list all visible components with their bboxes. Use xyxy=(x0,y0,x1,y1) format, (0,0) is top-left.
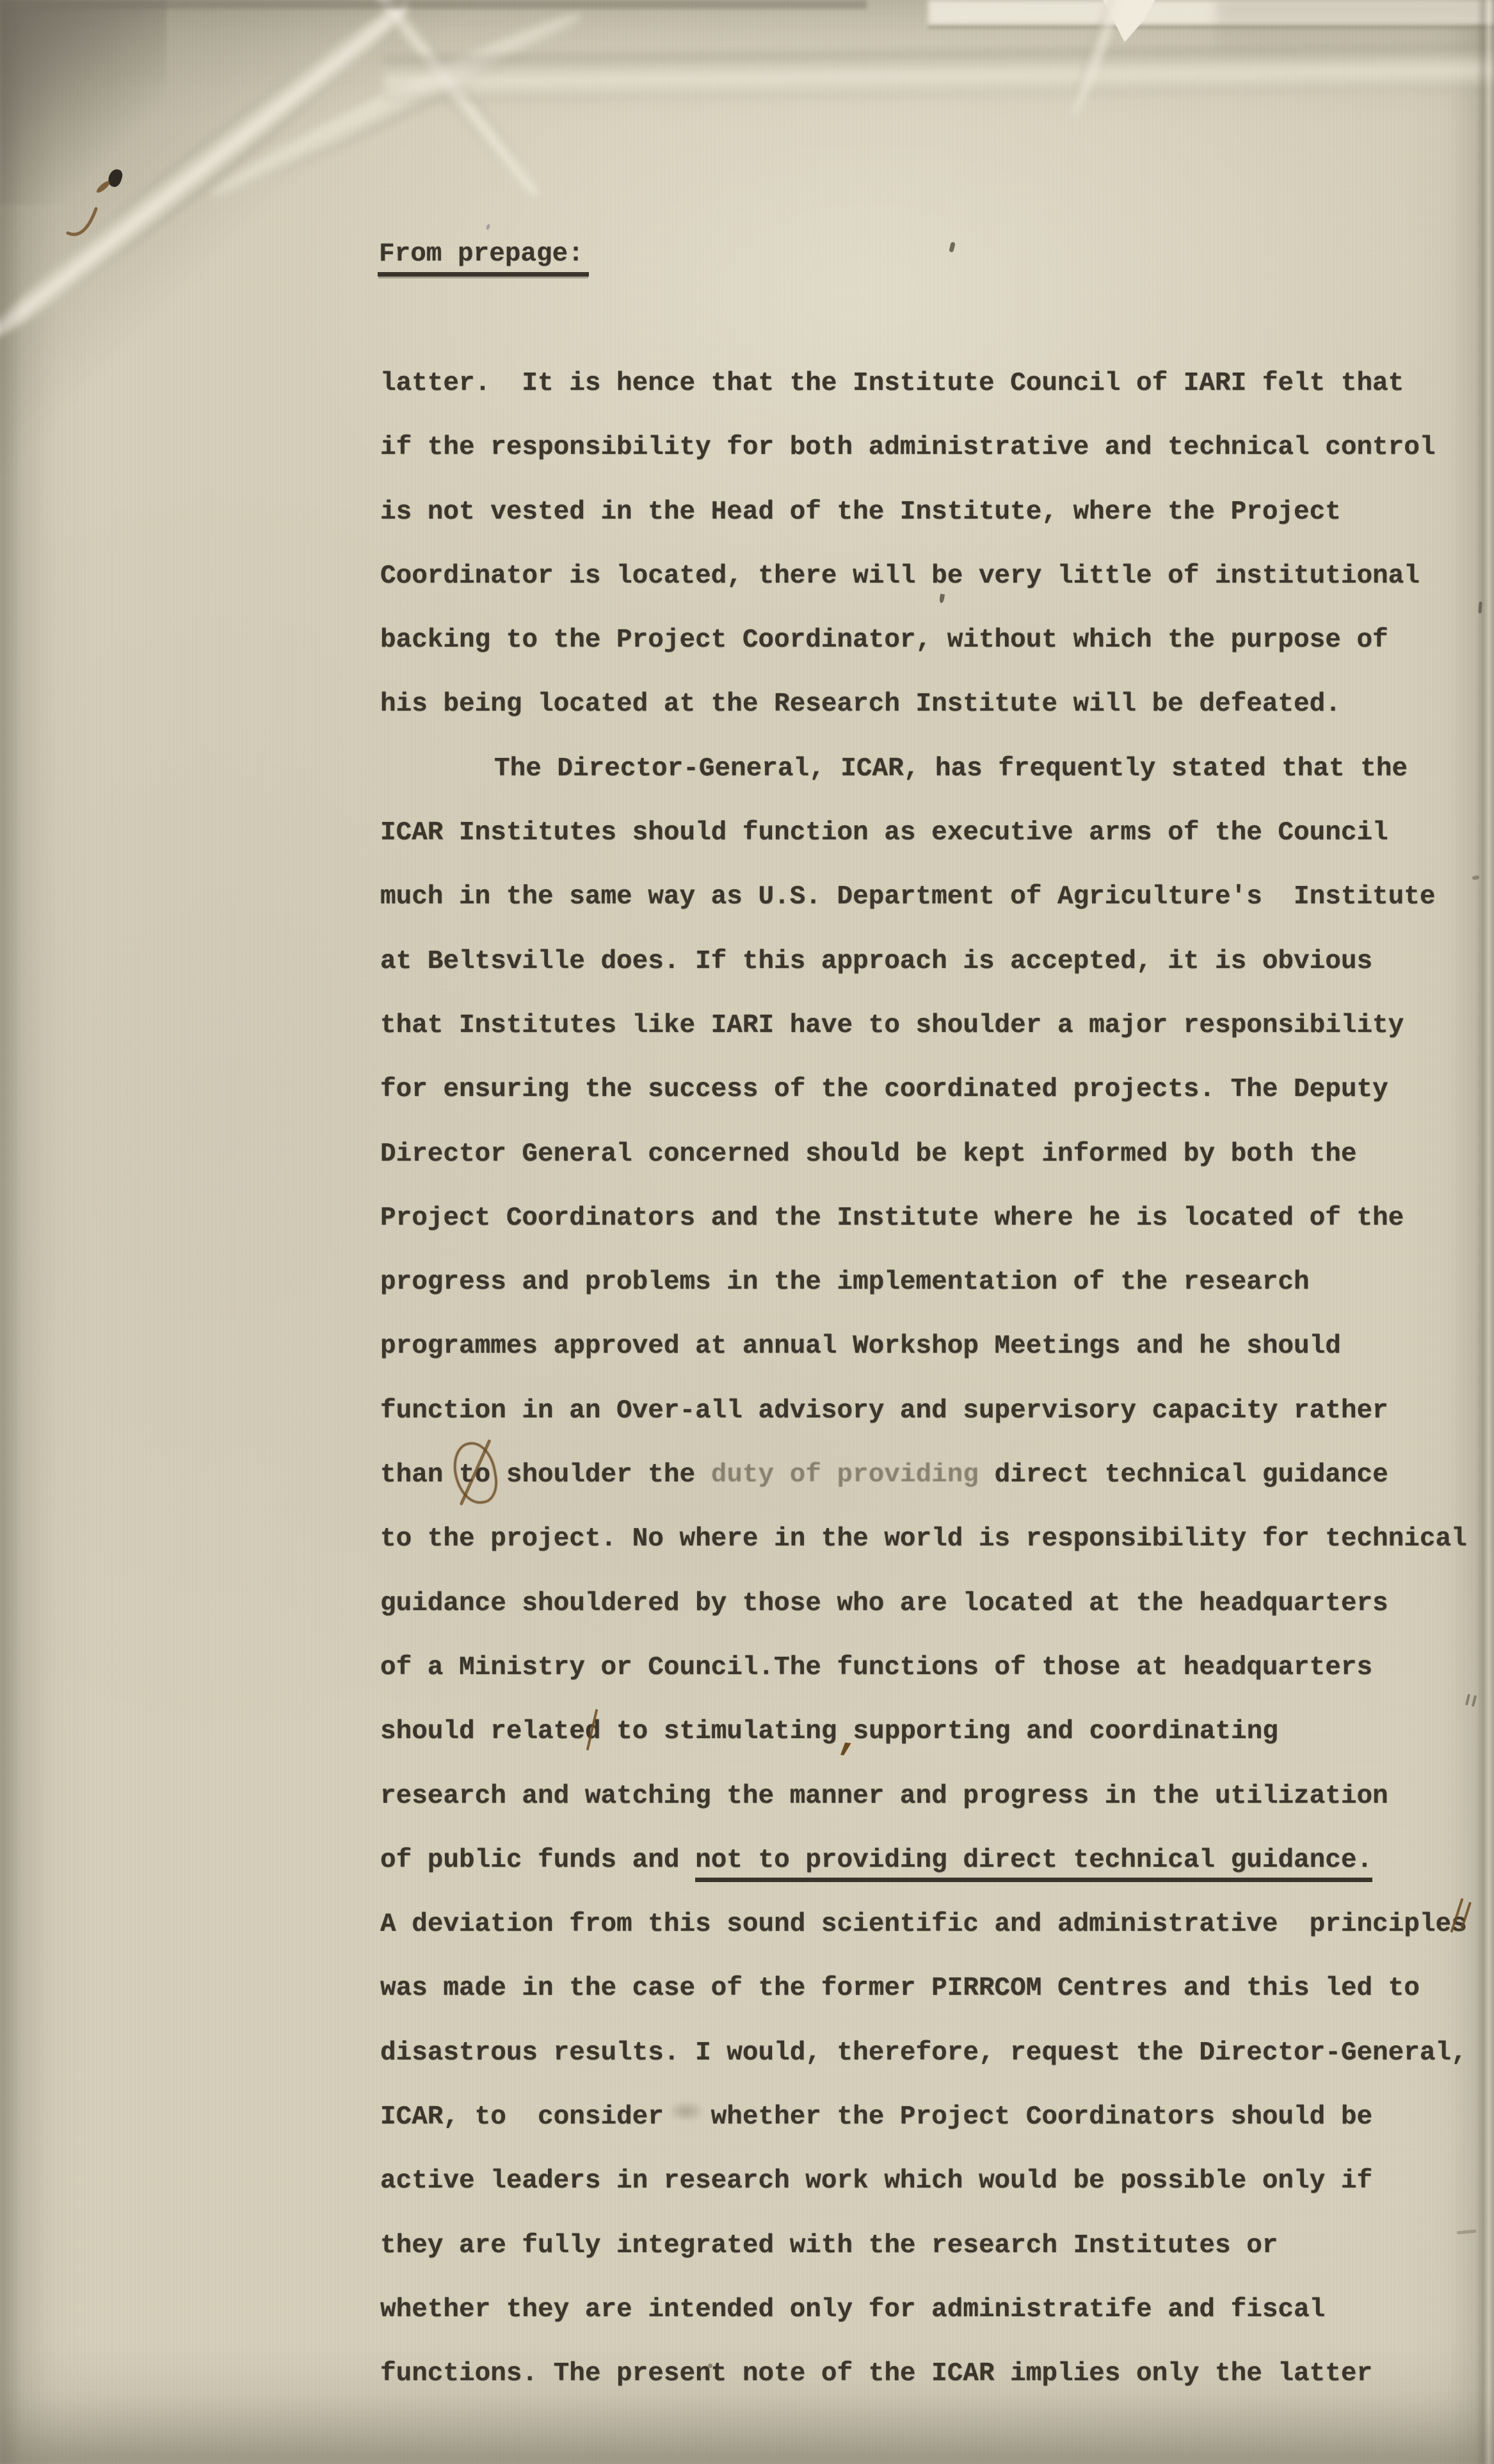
document-heading: From prepage: xyxy=(379,234,589,274)
text-segment: of public funds and xyxy=(380,1846,695,1875)
paper-crease xyxy=(361,0,548,204)
ink-speck xyxy=(949,241,956,252)
paper-crease xyxy=(0,0,422,354)
scanned-document-page: From prepage: latter. It is hence that t… xyxy=(0,0,1494,2464)
text-line: at Beltsville does. If this approach is … xyxy=(380,930,1494,994)
text-line-with-strikeout: than to shoulder the duty of providing d… xyxy=(380,1443,1494,1507)
text-line: backing to the Project Coordinator, with… xyxy=(380,608,1494,672)
paper-left-edge xyxy=(0,0,22,2464)
text-line: Director General concerned should be kep… xyxy=(380,1122,1494,1186)
text-line: was made in the case of the former PIRRC… xyxy=(380,1956,1494,2020)
text-line-with-erasure: ICAR, to consider whether the Project Co… xyxy=(380,2085,1494,2149)
text-line: programmes approved at annual Workshop M… xyxy=(380,1314,1494,1378)
paper-crease xyxy=(1064,0,1130,119)
ink-blot xyxy=(106,168,124,189)
text-segment: whether the Project Coordinators should … xyxy=(664,2102,1372,2132)
paper-crease xyxy=(206,1,588,209)
text-line: latter. It is hence that the Institute C… xyxy=(380,351,1494,415)
paper-fold-highlight xyxy=(928,0,1494,24)
text-line: research and watching the manner and pro… xyxy=(380,1764,1494,1828)
text-line: to the project. No where in the world is… xyxy=(380,1507,1494,1571)
text-line: functions. The present note of the ICAR … xyxy=(380,2342,1494,2406)
document-body: latter. It is hence that the Institute C… xyxy=(380,351,1494,2406)
text-segment: shoulder the xyxy=(490,1460,711,1490)
text-line: that Institutes like IARI have to should… xyxy=(380,994,1494,1058)
pen-struck-word: to xyxy=(459,1443,490,1507)
text-line: they are fully integrated with the resea… xyxy=(380,2214,1494,2278)
pen-inserted-comma: , xyxy=(837,1737,853,1739)
text-segment: supporting and coordinating xyxy=(853,1717,1278,1746)
text-line: much in the same way as U.S. Department … xyxy=(380,865,1494,929)
faded-overtyped-text: duty of providing xyxy=(711,1460,979,1490)
text-line: Project Coordinators and the Institute w… xyxy=(380,1186,1494,1250)
paper-fold-shadow xyxy=(384,44,1494,103)
text-line: is not vested in the Head of the Institu… xyxy=(380,480,1494,544)
text-line-with-underline: of public funds and not to providing dir… xyxy=(380,1828,1494,1892)
text-segment: to stimulating xyxy=(600,1717,837,1746)
underlined-phrase: not to providing direct technical guidan… xyxy=(695,1846,1372,1882)
text-line: of a Ministry or Council.The functions o… xyxy=(380,1636,1494,1700)
text-line: his being located at the Research Instit… xyxy=(380,672,1494,736)
paper-top-edge xyxy=(0,0,867,9)
heading-underlined-text: From prepage: xyxy=(378,239,589,277)
text-segment: ICAR, to consider xyxy=(380,2102,664,2132)
text-line: progress and problems in the implementat… xyxy=(380,1250,1494,1314)
pen-squiggle-mark xyxy=(63,204,122,245)
paragraph-start-line: The Director-General, ICAR, has frequent… xyxy=(380,737,1494,801)
text-line: Coordinator is located, there will be ve… xyxy=(380,544,1494,608)
text-line: ICAR Institutes should function as execu… xyxy=(380,801,1494,865)
text-line-with-pen-edits: should related to stimulating,supporting… xyxy=(380,1700,1494,1764)
text-segment: A deviation from this sound scientific a… xyxy=(380,1910,1451,1939)
pen-marked-letter: s xyxy=(1451,1892,1467,1956)
text-segment: than xyxy=(380,1460,459,1490)
paper-corner-dark xyxy=(0,0,166,205)
text-line: active leaders in research work which wo… xyxy=(380,2149,1494,2213)
text-line: whether they are intended only for admin… xyxy=(380,2278,1494,2342)
pen-slashed-letter: d xyxy=(585,1700,601,1764)
ink-speck xyxy=(486,223,491,230)
text-segment: direct technical guidance xyxy=(979,1460,1388,1490)
text-line: if the responsibility for both administr… xyxy=(380,415,1494,479)
text-line: function in an Over-all advisory and sup… xyxy=(380,1379,1494,1443)
text-line-with-pen-mark: A deviation from this sound scientific a… xyxy=(380,1892,1494,1956)
paper-corner-shade xyxy=(1216,0,1494,61)
paper-fold-line xyxy=(928,26,1494,29)
paper-tear-notch xyxy=(1101,0,1157,42)
text-segment: should relate xyxy=(380,1717,585,1746)
text-line: disastrous results. I would, therefore, … xyxy=(380,2021,1494,2085)
text-line: guidance shouldered by those who are loc… xyxy=(380,1572,1494,1636)
text-line: for ensuring the success of the coordina… xyxy=(380,1058,1494,1122)
